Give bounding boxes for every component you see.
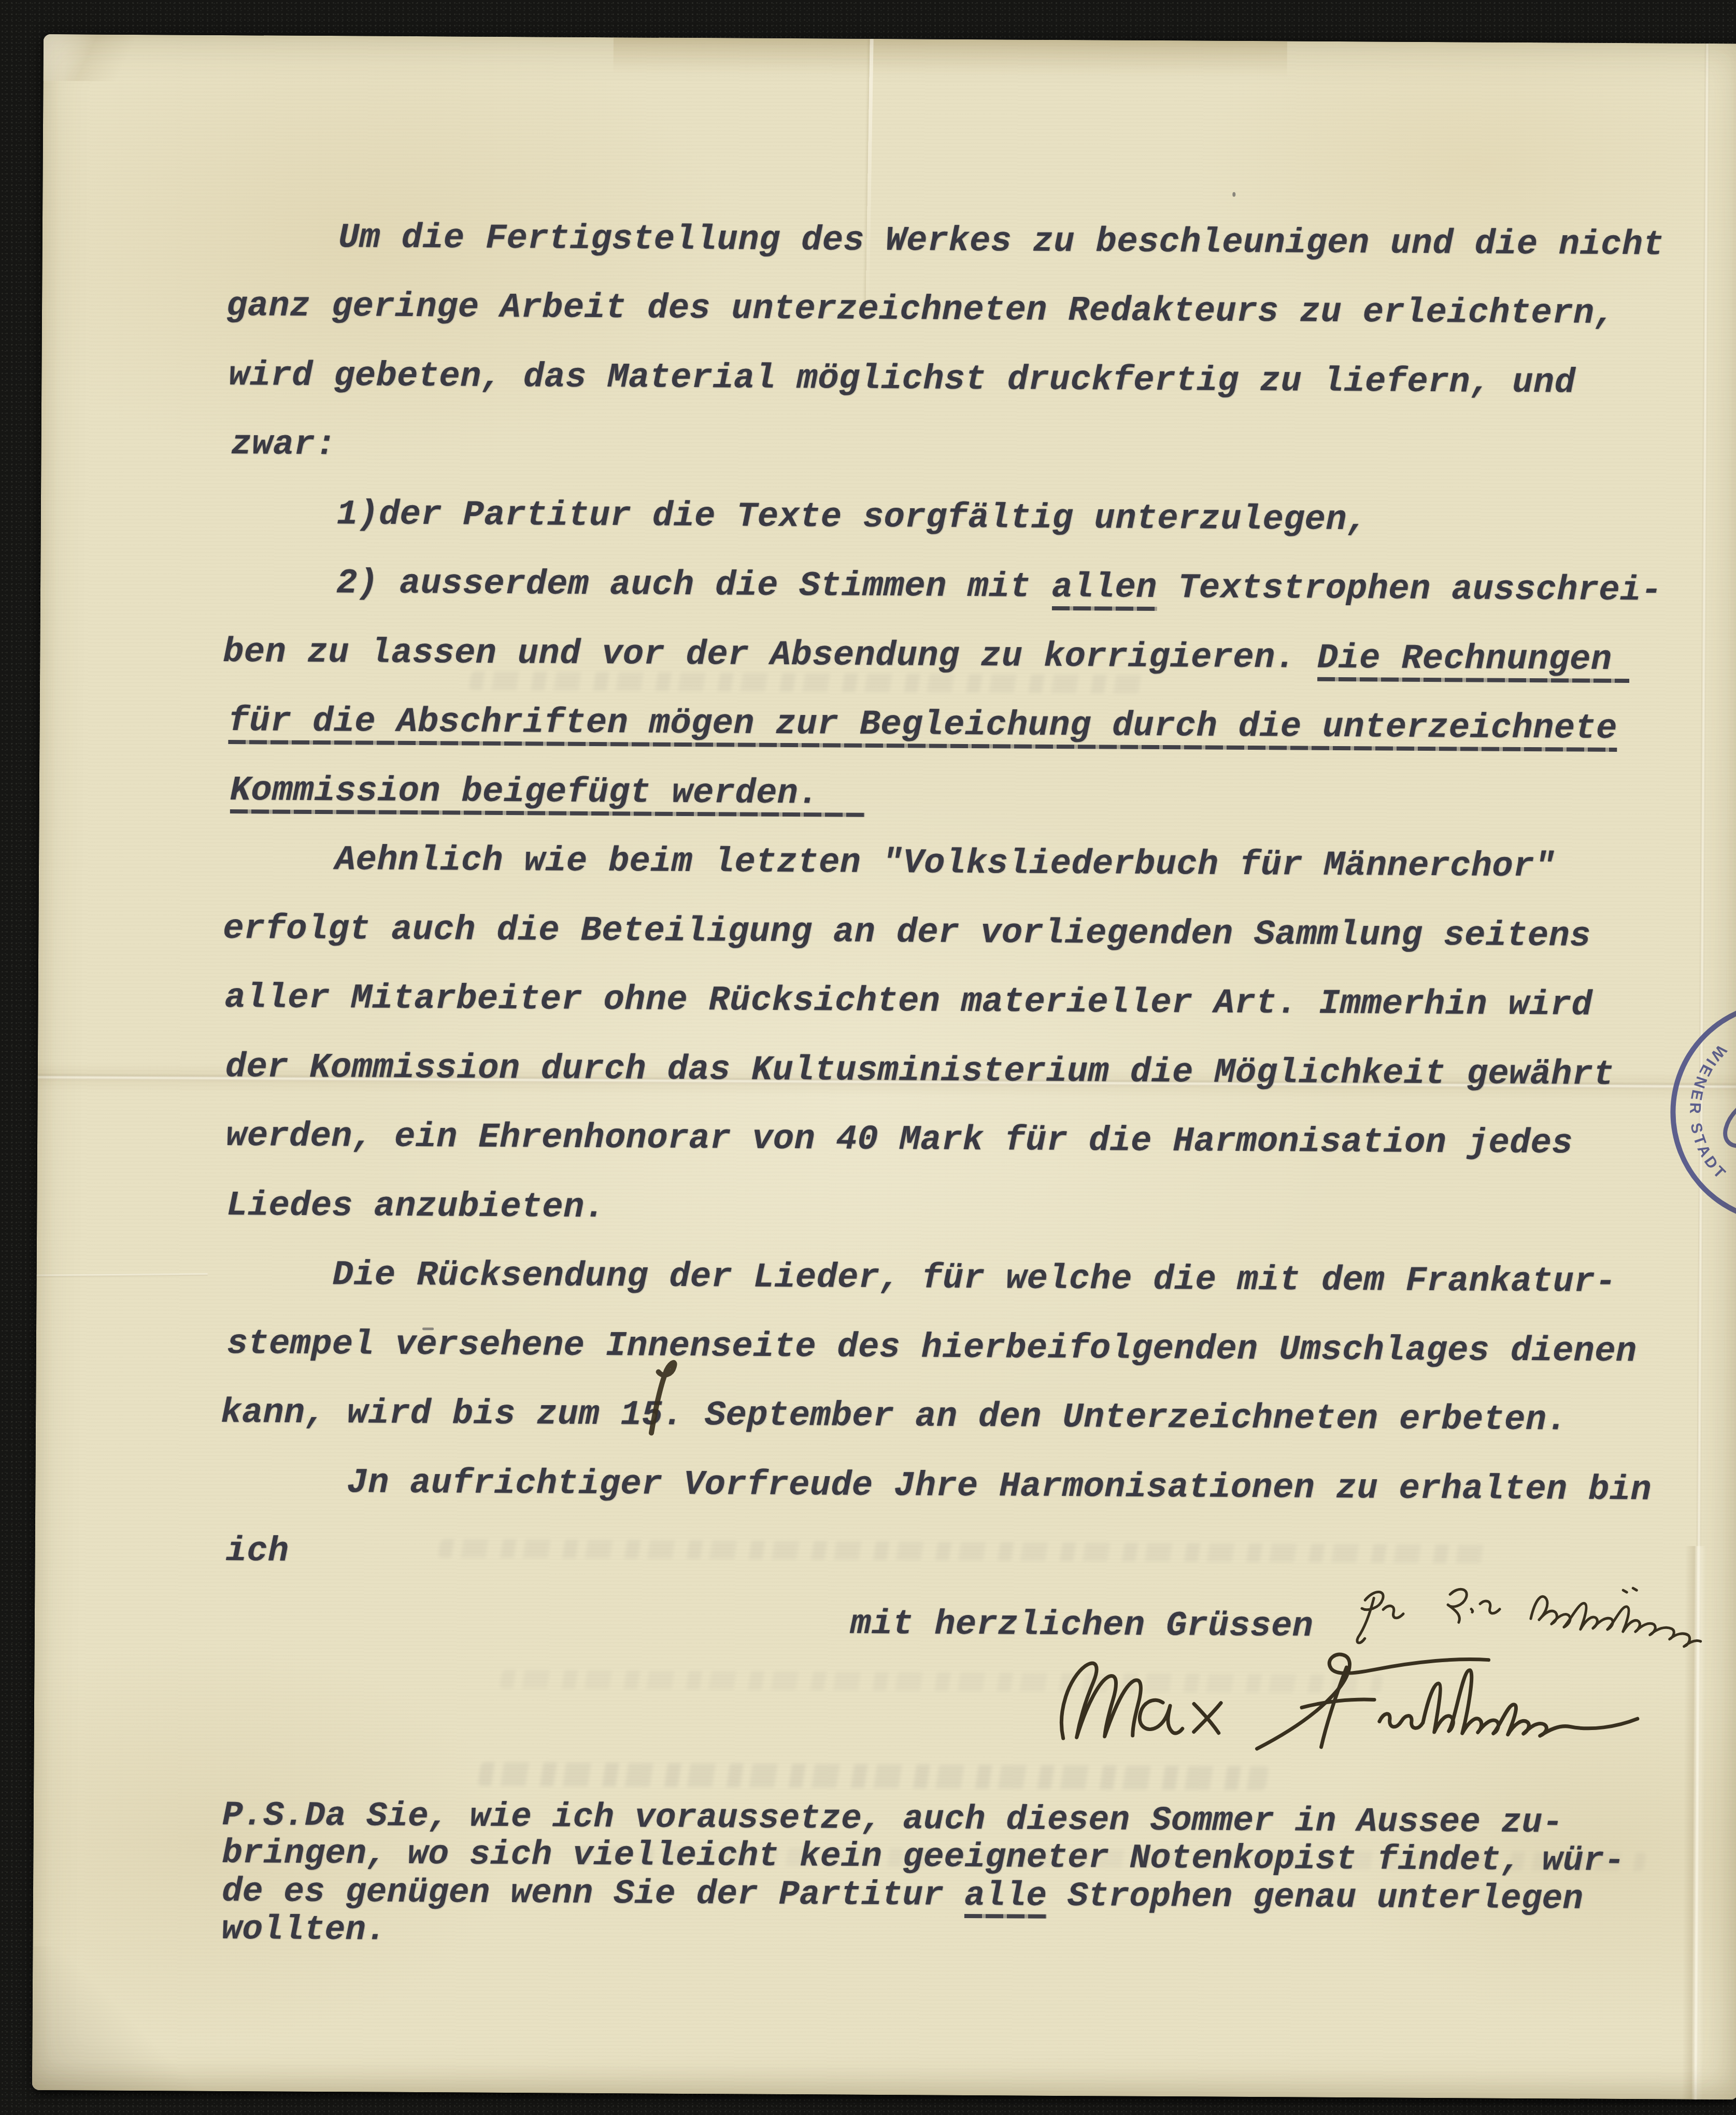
typed-line: zwar: [231,410,336,480]
ink-speck [1232,192,1235,197]
ink-bleed-through [478,1762,1269,1790]
typed-text: . September an den Unterzeichneten erbet… [663,1396,1568,1440]
corner-crease-top-left [43,34,157,81]
underlined-phrase: Die Rechnungen [1317,639,1630,683]
typed-line: Die Rücksendung der Lieder, für welche d… [332,1241,1616,1317]
fold-crease-vertical-right-lower [1682,1546,1706,2099]
typed-text: Textstrophen ausschrei- [1157,568,1662,610]
typed-line: aller Mitarbeiter ohne Rücksichten mater… [224,964,1592,1040]
ink-speck [422,1327,434,1330]
typed-line: kann, wird bis zum 15. September an den … [221,1379,1568,1455]
ink-bleed-through [500,1670,1383,1693]
typed-line: Kommission beigefügt werden. [230,756,865,829]
typed-text: 2) ausserdem auch die Stimmen mit [336,564,1052,607]
typed-line: erfolgt auch die Beteiligung an der vorl… [223,895,1591,971]
typed-line: Aehnlich wie beim letzten "Volksliederbu… [335,826,1556,902]
handwritten-annotation [1333,1570,1727,1655]
underlined-line: Kommission beigefügt werden. [230,771,865,817]
typed-line: 1)der Partitur die Texte sorgfältig unte… [336,480,1368,555]
typed-text: Strophen genau unterlegen [1047,1877,1583,1919]
corrected-date-digit: 5 [642,1395,663,1435]
stamp-text: WIENER STADTBIBLIOTHEK [1663,1010,1731,1184]
typed-text: de es genügen wenn Sie der Partitur [222,1872,964,1915]
typed-line: ganz geringe Arbeit des unterzeichneten … [226,272,1616,349]
typed-line: werden, ein Ehrenhonorar von 40 Mark für… [226,1102,1573,1179]
typed-line: Jn aufrichtiger Vorfreude Jhre Harmonisa… [347,1449,1652,1525]
typed-line: der Kommission durch das Kultusministeri… [225,1033,1614,1110]
typed-line: 2) ausserdem auch die Stimmen mit allen … [336,549,1662,626]
typed-line: für die Abschriften mögen zur Begleichun… [228,687,1617,764]
typed-text: kann, wird bis zum 1 [221,1393,642,1435]
typed-line: stempel versehene Innenseite des hierbei… [227,1310,1637,1387]
underlined-word: allen [1051,568,1157,611]
typed-closing-line: mit herzlichen Grüssen [850,1590,1314,1662]
ink-bleed-through [438,1539,1487,1563]
library-stamp: WIENER STADTBIBLIOTHEK [1663,1010,1736,1219]
letter-page: Um die Fertigstellung des Werkes zu besc… [32,34,1736,2099]
typed-line: wird gebeten, das Material möglichst dru… [229,341,1576,418]
typed-text: ben zu lassen und vor der Absendung zu k… [223,633,1317,678]
svg-text:WIENER STADTBIBLIOTHEK: WIENER STADTBIBLIOTHEK [1663,1010,1731,1184]
postscript-line: de es genügen wenn Sie der Partitur alle… [222,1873,1584,1919]
underlined-word: alle [964,1876,1047,1919]
postscript-line: wollten. [221,1910,387,1950]
fold-crease-vertical-right [1694,44,1710,2099]
typed-line: Um die Fertigstellung des Werkes zu besc… [338,204,1664,280]
crease-left-edge [37,1274,208,1278]
paper-discoloration [614,37,1287,77]
underlined-line: für die Abschriften mögen zur Begleichun… [228,702,1617,752]
typed-line: ben zu lassen und vor der Absendung zu k… [223,618,1630,695]
typed-line: Liedes anzubieten. [226,1171,606,1243]
corner-shadow-bottom-left [32,1946,199,2091]
typed-line: ich [225,1517,289,1587]
